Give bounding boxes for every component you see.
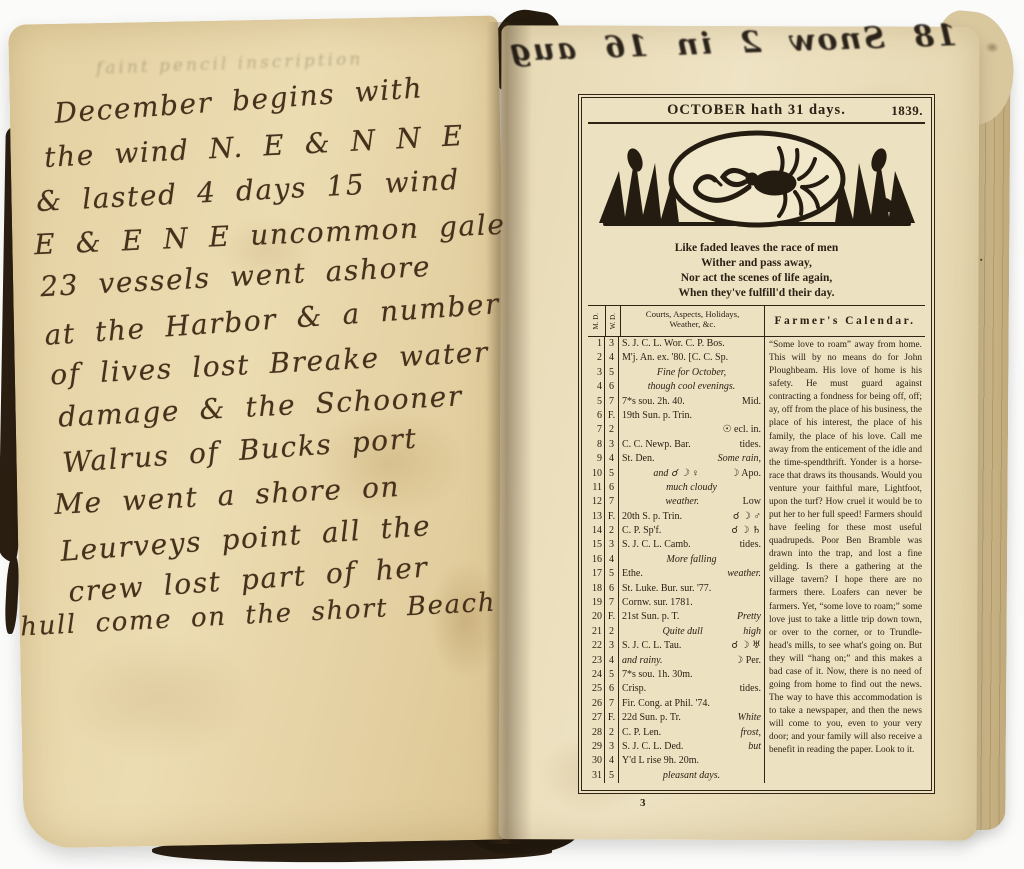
farmers-calendar-heading: Farmer's Calendar. [765,306,925,337]
calendar-cell: 15 [588,538,605,552]
calendar-cell: Low [743,495,761,509]
calendar-cell: 11 [588,481,605,495]
manuscript: December begins withthe wind N. E & N N … [0,0,540,869]
main-header-line2: Weather, &c. [621,319,764,329]
calendar-cell: 30 [588,754,605,768]
almanac-page: OCTOBER hath 31 days. 1839. [581,97,932,791]
calendar-cell: M'j. An. ex. '80. [C. C. Sp. [622,351,728,365]
calendar-cell: F. [605,610,619,624]
calendar-left: M. D. W. D. Courts, Aspects, Holidays, W… [588,306,765,783]
calendar-row: 153S. J. C. L. Camb.tides. [588,538,764,552]
calendar-cell: 26 [588,697,605,711]
calendar-cell: 6 [605,380,619,394]
calendar-cell: 7 [605,495,619,509]
calendar-cell: 6 [605,682,619,696]
poem: Like faded leaves the race of menWither … [588,241,925,301]
calendar-cell: ☽ Per. [734,654,761,668]
calendar-cell: 19th Sun. p. Trin. [622,409,692,423]
calendar-cell: 2 [588,351,605,365]
calendar-cell: weather. [666,495,700,509]
calendar-cell: Fine for October, [657,366,726,380]
calendar-cell: ☌ ☽ ♅ [731,639,761,653]
calendar-row: 304Y'd L rise 9h. 20m. [588,754,764,768]
calendar-cell: 10 [588,467,605,481]
calendar-cell: 1 [588,337,605,351]
calendar-row: 282C. P. Len.frost, [588,726,764,740]
calendar-cell: 6 [605,582,619,596]
calendar-cell: 22 [588,639,605,653]
farmers-calendar-column: Farmer's Calendar. “Some love to roam” a… [765,306,925,783]
calendar-row: 256Crisp.tides. [588,682,764,696]
calendar-cell: and rainy. [622,654,663,668]
calendar-cell: but [748,740,761,754]
calendar-cell: ☌ ☽ ♂ [733,510,761,524]
wd-header: W. D. [610,312,617,330]
scorpion-engraving [589,127,925,239]
calendar-cell: 4 [605,452,619,466]
calendar-row: 13S. J. C. L. Wor. C. P. Bos. [588,337,764,351]
calendar-cell: 27 [588,711,605,725]
page-number: 3 [640,797,646,809]
calendar-cell: Ethe. [622,567,643,581]
calendar-cell: tides. [740,538,761,552]
calendar-row: 267Fir. Cong. at Phil. '74. [588,697,764,711]
calendar-cell: high [743,625,761,639]
poem-line: Like faded leaves the race of men [588,241,925,256]
calendar-cell: frost, [741,726,761,740]
calendar-cell: C. P. Len. [622,726,661,740]
calendar-row: 142C. P. Sp'f.☌ ☽ ♄ [588,524,764,538]
calendar-cell: 7 [605,596,619,610]
calendar-cell: Y'd L rise 9h. 20m. [622,754,699,768]
calendar-cell: 20th S. p. Trin. [622,510,682,524]
calendar-cell: 3 [605,538,619,552]
year-label: 1839. [891,103,923,119]
calendar-cell: 7 [588,423,605,437]
md-header-cell: M. D. [588,306,606,336]
calendar-row: 116much cloudy [588,481,764,495]
calendar-cell: 21 [588,625,605,639]
calendar-row: 315pleasant days. [588,769,764,783]
calendar-cell: 17 [588,567,605,581]
calendar-cell: 23 [588,654,605,668]
calendar-cell: 14 [588,524,605,538]
calendar-cell: White [738,711,761,725]
calendar-cell: 2 [605,524,619,538]
handwritten-line: December begins with [53,71,424,130]
calendar-header-row: M. D. W. D. Courts, Aspects, Holidays, W… [588,306,764,337]
calendar-row: 24M'j. An. ex. '80. [C. C. Sp. [588,351,764,365]
main-header-line1: Courts, Aspects, Holidays, [621,309,764,319]
almanac-frame: OCTOBER hath 31 days. 1839. [578,94,935,794]
calendar-cell: 13 [588,510,605,524]
handwritten-line: & lasted 4 days 15 wind [35,163,460,218]
calendar-cell: St. Luke. Bur. sur. '77. [622,582,711,596]
calendar-cell: 4 [605,654,619,668]
calendar-cell: 28 [588,726,605,740]
calendar-cell: C. C. Newp. Bar. [622,438,691,452]
calendar-cell: 2 [605,625,619,639]
calendar-cell: 24 [588,668,605,682]
calendar-row: 175Ethe.weather. [588,567,764,581]
calendar-cell: 7 [605,697,619,711]
calendar-row: 577*s sou. 2h. 40.Mid. [588,395,764,409]
calendar-cell: F. [605,510,619,524]
calendar-row: 20F.21st Sun. p. T.Pretty [588,610,764,624]
calendar-cell: ☉ ecl. in. [723,423,761,437]
calendar-cell: 5 [588,395,605,409]
calendar-cell: 4 [588,380,605,394]
calendar-row: 35Fine for October, [588,366,764,380]
calendar-row: 234and rainy.☽ Per. [588,654,764,668]
calendar-row: 27F.22d Sun. p. Tr.White [588,711,764,725]
calendar-row: 46though cool evenings. [588,380,764,394]
calendar-cell: Cornw. sur. 1781. [622,596,693,610]
calendar-cell: 25 [588,682,605,696]
calendar-row: 83C. C. Newp. Bar.tides. [588,438,764,452]
calendar-cell: S. J. C. L. Tau. [622,639,681,653]
calendar-cell: 3 [605,639,619,653]
calendar-cell: 12 [588,495,605,509]
calendar-row: 72☉ ecl. in. [588,423,764,437]
calendar-cell: 31 [588,769,605,783]
calendar-cell: Some rain, [718,452,761,466]
calendar-cell: 21st Sun. p. T. [622,610,679,624]
farmers-calendar-text: “Some love to roam” away from home. This… [765,337,925,758]
calendar-row: 6F.19th Sun. p. Trin. [588,409,764,423]
calendar-cell: ☽ Apo. [730,467,761,481]
calendar-table: M. D. W. D. Courts, Aspects, Holidays, W… [588,305,925,783]
calendar-cell: 5 [605,668,619,682]
calendar-row: 2457*s sou. 1h. 30m. [588,668,764,682]
calendar-cell: St. Den. [622,452,655,466]
poem-line: Nor act the scenes of life again, [588,271,925,286]
calendar-cell: 22d Sun. p. Tr. [622,711,681,725]
calendar-cell: 5 [605,366,619,380]
calendar-cell: 4 [605,553,619,567]
almanac-header: OCTOBER hath 31 days. 1839. [588,100,925,124]
calendar-cell: and ☌ ☽ ♀ [653,467,699,481]
calendar-row: 293S. J. C. L. Ded.but [588,740,764,754]
calendar-cell: pleasant days. [663,769,720,783]
calendar-row: 13F.20th S. p. Trin.☌ ☽ ♂ [588,510,764,524]
poem-line: Wither and pass away, [588,256,925,271]
calendar-cell: 6 [605,481,619,495]
calendar-cell: 5 [605,769,619,783]
main-header-cell: Courts, Aspects, Holidays, Weather, &c. [621,306,764,336]
book-photo: faint pencil inscription December begins… [0,0,1024,869]
calendar-cell: Quite dull [662,625,702,639]
calendar-row: 127weather.Low [588,495,764,509]
calendar-cell: 7 [605,395,619,409]
calendar-cell: Mid. [742,395,761,409]
calendar-cell: 5 [605,467,619,481]
handwritten-line: E & E N E uncommon gale [34,208,507,262]
calendar-cell: Pretty [737,610,761,624]
calendar-cell: 19 [588,596,605,610]
calendar-cell: 29 [588,740,605,754]
calendar-rows: 13S. J. C. L. Wor. C. P. Bos.24M'j. An. … [588,337,764,783]
calendar-cell: Crisp. [622,682,646,696]
calendar-cell: 3 [588,366,605,380]
md-header: M. D. [593,312,600,331]
calendar-cell: 18 [588,582,605,596]
poem-line: When they've fulfill'd their day. [588,286,925,301]
calendar-row: 223S. J. C. L. Tau.☌ ☽ ♅ [588,639,764,653]
handwritten-line: Me went a shore on [53,470,401,521]
calendar-cell: F. [605,711,619,725]
calendar-cell: 2 [605,726,619,740]
calendar-row: 197Cornw. sur. 1781. [588,596,764,610]
calendar-cell: 6 [588,409,605,423]
calendar-row: 186St. Luke. Bur. sur. '77. [588,582,764,596]
calendar-row: 94St. Den.Some rain, [588,452,764,466]
calendar-cell: 4 [605,351,619,365]
calendar-cell: much cloudy [666,481,717,495]
calendar-cell: S. J. C. L. Camb. [622,538,691,552]
calendar-cell: 20 [588,610,605,624]
month-title: OCTOBER hath 31 days. [667,102,846,118]
calendar-cell: S. J. C. L. Wor. C. P. Bos. [622,337,725,351]
calendar-cell: 9 [588,452,605,466]
calendar-cell: 3 [605,740,619,754]
calendar-cell: 3 [605,337,619,351]
calendar-cell: 5 [605,567,619,581]
calendar-cell: S. J. C. L. Ded. [622,740,683,754]
calendar-cell: F. [605,409,619,423]
calendar-cell: 4 [605,754,619,768]
wd-header-cell: W. D. [606,306,621,336]
calendar-row: 164More falling [588,553,764,567]
calendar-cell: tides. [740,438,761,452]
calendar-row: 105and ☌ ☽ ♀☽ Apo. [588,467,764,481]
calendar-cell: 7*s sou. 1h. 30m. [622,668,693,682]
calendar-cell: 16 [588,553,605,567]
calendar-cell: though cool evenings. [648,380,735,394]
calendar-cell: 2 [605,423,619,437]
calendar-cell: tides. [740,682,761,696]
calendar-cell: 3 [605,438,619,452]
calendar-cell: 7*s sou. 2h. 40. [622,395,685,409]
calendar-cell: More falling [667,553,717,567]
calendar-cell: weather. [727,567,761,581]
calendar-cell: ☌ ☽ ♄ [731,524,761,538]
calendar-cell: C. P. Sp'f. [622,524,661,538]
calendar-cell: 8 [588,438,605,452]
calendar-cell: Fir. Cong. at Phil. '74. [622,697,710,711]
calendar-row: 212Quite dullhigh [588,625,764,639]
